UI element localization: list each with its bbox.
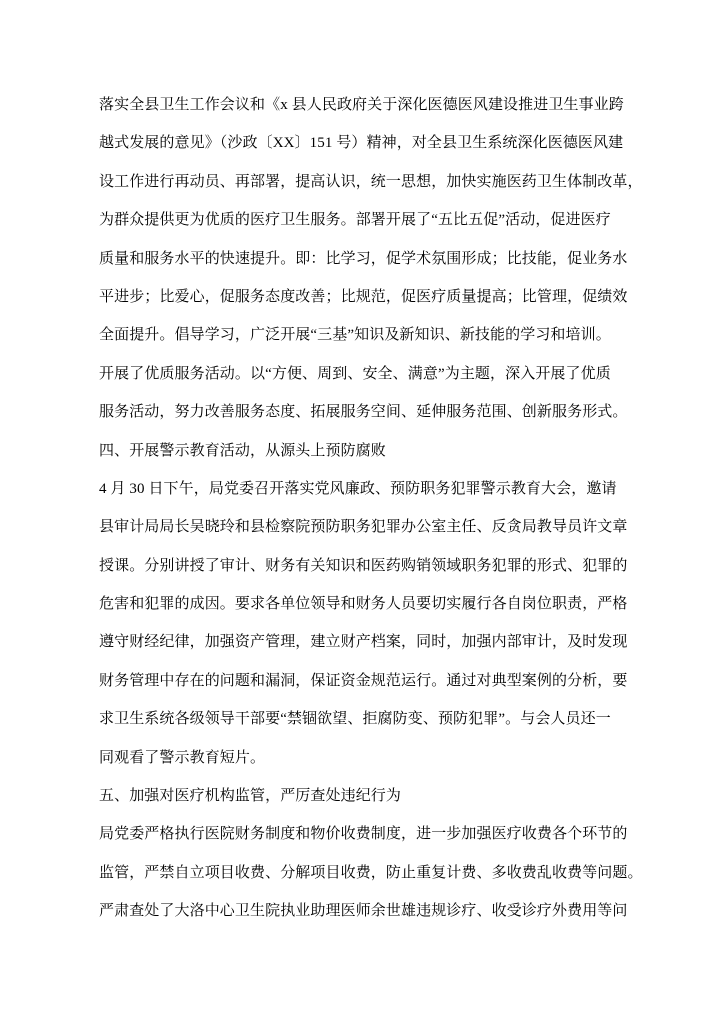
text-line: 越式发展的意见》（沙政〔XX〕151 号）精神，对全县卫生系统深化医德医风建 bbox=[99, 124, 623, 162]
text-line: 县审计局局长吴晓玲和县检察院预防职务犯罪办公室主任、反贪局教导员许文章 bbox=[99, 508, 623, 546]
text-line: 平进步；比爱心，促服务态度改善；比规范，促医疗质量提高；比管理，促绩效 bbox=[99, 278, 623, 316]
text-line: 五、加强对医疗机构监管，严厉查处违纪行为 bbox=[99, 777, 623, 815]
text-line: 四、开展警示教育活动，从源头上预防腐败 bbox=[99, 432, 623, 470]
text-line: 危害和犯罪的成因。要求各单位领导和财务人员要切实履行各自岗位职责，严格 bbox=[99, 585, 623, 623]
text-line: 服务活动，努力改善服务态度、拓展服务空间、延伸服务范围、创新服务形式。 bbox=[99, 393, 623, 431]
text-line: 质量和服务水平的快速提升。即：比学习，促学术氛围形成；比技能，促业务水 bbox=[99, 240, 623, 278]
text-line: 设工作进行再动员、再部署，提高认识，统一思想，加快实施医药卫生体制改革， bbox=[99, 163, 623, 201]
text-line: 落实全县卫生工作会议和《x 县人民政府关于深化医德医风建设推进卫生事业跨 bbox=[99, 86, 623, 124]
text-line: 同观看了警示教育短片。 bbox=[99, 739, 623, 777]
text-line: 4 月 30 日下午，局党委召开落实党风廉政、预防职务犯罪警示教育大会，邀请 bbox=[99, 470, 623, 508]
text-line: 遵守财经纪律，加强资产管理，建立财产档案，同时，加强内部审计，及时发现 bbox=[99, 623, 623, 661]
text-line: 为群众提供更为优质的医疗卫生服务。部署开展了“五比五促”活动，促进医疗 bbox=[99, 201, 623, 239]
text-line: 严肃查处了大洛中心卫生院执业助理医师余世雄违规诊疗、收受诊疗外费用等问 bbox=[99, 892, 623, 930]
document-body: 落实全县卫生工作会议和《x 县人民政府关于深化医德医风建设推进卫生事业跨越式发展… bbox=[99, 86, 623, 931]
text-line: 财务管理中存在的问题和漏洞，保证资金规范运行。通过对典型案例的分析，要 bbox=[99, 662, 623, 700]
text-line: 求卫生系统各级领导干部要“禁锢欲望、拒腐防变、预防犯罪”。与会人员还一 bbox=[99, 700, 623, 738]
document-page: 落实全县卫生工作会议和《x 县人民政府关于深化医德医风建设推进卫生事业跨越式发展… bbox=[0, 0, 721, 1020]
text-line: 全面提升。倡导学习，广泛开展“三基”知识及新知识、新技能的学习和培训。 bbox=[99, 316, 623, 354]
text-line: 开展了优质服务活动。以“方便、周到、安全、满意”为主题，深入开展了优质 bbox=[99, 355, 623, 393]
text-line: 监管，严禁自立项目收费、分解项目收费，防止重复计费、多收费乱收费等问题。 bbox=[99, 854, 623, 892]
text-line: 授课。分别讲授了审计、财务有关知识和医药购销领域职务犯罪的形式、犯罪的 bbox=[99, 547, 623, 585]
text-line: 局党委严格执行医院财务制度和物价收费制度，进一步加强医疗收费各个环节的 bbox=[99, 815, 623, 853]
